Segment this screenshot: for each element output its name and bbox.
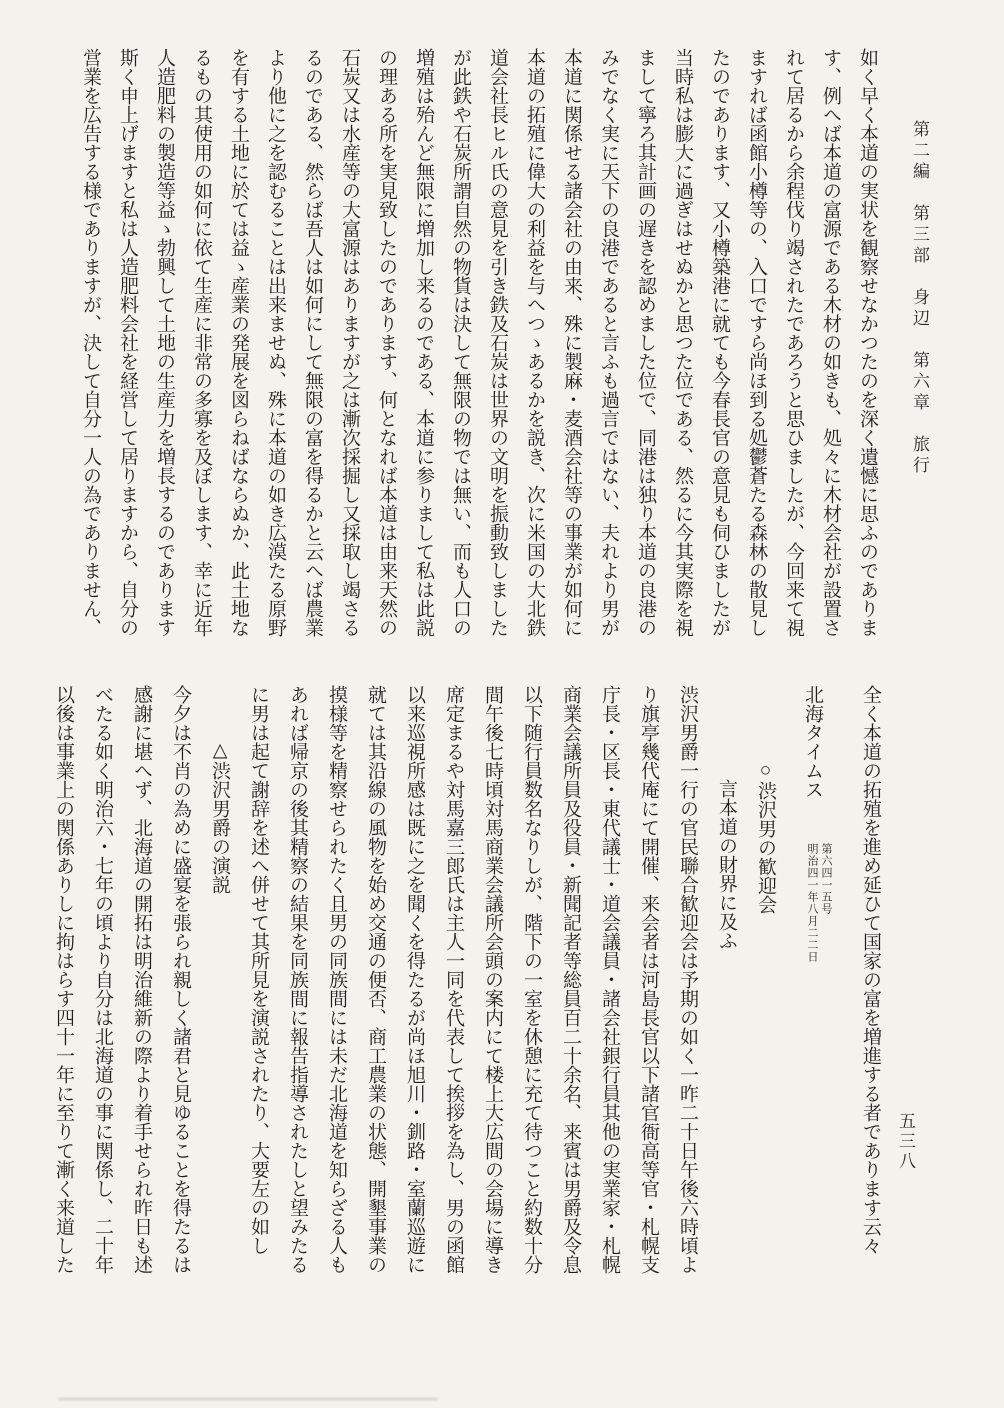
text-column: を有する土地に於ては益ゝ産業の発展を図らねばならぬか、此土地な <box>220 48 257 650</box>
text-column: れて居るから余程伐り竭されたであろうと思ひましたが、今回来て視 <box>775 48 812 650</box>
text-column: 庁長・区長・東代議士・道会議員・諸会社銀行員其他の実業家・札幌 <box>590 685 629 1293</box>
text-column: に男は起て謝辞を述へ併せて其所見を演説されたり、大要左の如し <box>239 685 278 1293</box>
newspaper-headline: 北海タイムス第六四一五号明治四一年八月二二日 <box>793 685 833 1293</box>
text-column: あれば帰京の後其精察の結果を同族間に報告指導されたしと望みたる <box>278 685 317 1293</box>
text-column: 増殖は殆んど無限に増加し来るのである、本道に参りまして私は此説 <box>405 48 442 650</box>
article-title: ○渋沢男の歓迎会 <box>746 685 785 1293</box>
text-column: り旗亭幾代庵にて開催、来会者は河島長官以下諸官衙高等官・札幌支 <box>629 685 668 1293</box>
text-column: 商業会議所員及役員・新聞記者等総員百二十余名、来賓は男爵及令息 <box>551 685 590 1293</box>
speech-heading: △渋沢男爵の演説 <box>200 685 239 1293</box>
running-head: 第二編 第三部 身辺 第六章 旅行 <box>907 120 932 477</box>
text-column: の理ある所を実見致したのであります、何となれば本道は由来天然の <box>368 48 405 650</box>
text-column: 就ては其沿線の風物を始め交通の便否、商工農業の状態、開墾事業の <box>356 685 395 1293</box>
text-column: 営業を広告する様でありますが、決して自分一人の為でありません、 <box>72 48 109 650</box>
text-column: ますれば函館小樽等の、入口ですら尚ほ到る処鬱蒼たる森林の散見し <box>738 48 775 650</box>
newspaper-clipping-block: 全く本道の拓殖を進め延ひて国家の富を増進する者であります云々 北海タイムス第六四… <box>44 685 890 1293</box>
text-column: 石炭又は水産等の大富源はありますが之は漸次採掘し又採取し竭さる <box>331 48 368 650</box>
text-column: 摸様等を精察せられたく且男の同族間には未だ北海道を知らざる人も <box>317 685 356 1293</box>
memoir-closing-column: 全く本道の拓殖を進め延ひて国家の富を増進する者であります云々 <box>851 685 890 1293</box>
book-page: 第二編 第三部 身辺 第六章 旅行 如く早く本道の実状を観察せなかつたのを深く遺… <box>0 0 1004 1408</box>
memoir-text-block: 如く早く本道の実状を観察せなかつたのを深く遺憾に思ふのでありま す、例へば本道の… <box>72 48 886 650</box>
text-column: 以来巡視所感は既に之を聞くを得たるが尚ほ旭川・釧路・室蘭巡遊に <box>395 685 434 1293</box>
text-column: まして寧ろ其計画の遅きを認めました位で、同港は独り本道の良港の <box>627 48 664 650</box>
text-column: るもの其使用の如何に依て生産に非常の多寡を及ぼします、幸に近年 <box>183 48 220 650</box>
text-column: 渋沢男爵一行の官民聯合歓迎会は予期の如く一昨二十日午後六時頃よ <box>668 685 707 1293</box>
text-column: 本道の拓殖に偉大の利益を与へつゝあるかを説き、次に米国の大北鉄 <box>516 48 553 650</box>
text-column: 以後は事業上の関係ありしに拘はらす四十一年に至りて漸く来道した <box>44 685 83 1293</box>
text-column: より他に之を認むることは出来ませぬ、殊に本道の如き広漠たる原野 <box>257 48 294 650</box>
text-column: たのであります、又小樽築港に就ても今春長官の意見も伺ひましたが <box>701 48 738 650</box>
newspaper-issue-number: 第六四一五号 <box>819 843 833 963</box>
text-column: 以下随行員数名なりしが、階下の一室を休憩に充て待つこと約数十分 <box>512 685 551 1293</box>
text-column: 感謝に堪へず、北海道の開拓は明治維新の際より着手せられ昨日も述 <box>122 685 161 1293</box>
text-column: 席定まるや対馬嘉三郎氏は主人一同を代表して挨拶を為し、男の函館 <box>434 685 473 1293</box>
text-column: す、例へば本道の富源である木材の如きも、処々に木材会社が設置さ <box>812 48 849 650</box>
text-column: 今夕は不肖の為めに盛宴を張られ親しく諸君と見ゆることを得たるは <box>161 685 200 1293</box>
text-column: 間午後七時頃対馬商業会議所会頭の案内にて楼上大広間の会場に導き <box>473 685 512 1293</box>
text-column: 道会社長ヒル氏の意見を引き鉄及石炭は世界の文明を振動致しました <box>479 48 516 650</box>
scan-artifact-line <box>58 1398 438 1400</box>
text-column: が此鉄や石炭所謂自然の物貨は決して無限の物では無い、而も人口の <box>442 48 479 650</box>
text-column: べたる如く明治六・七年の頃より自分は北海道の事に関係し、二十年 <box>83 685 122 1293</box>
article-subtitle: 言本道の財界に及ふ <box>707 685 746 1293</box>
newspaper-date: 明治四一年八月二二日 <box>805 843 819 963</box>
text-column: みでなく実に天下の良港であると言ふも過言ではない、夫れより男が <box>590 48 627 650</box>
text-column: 如く早く本道の実状を観察せなかつたのを深く遺憾に思ふのでありま <box>849 48 886 650</box>
newspaper-name: 北海タイムス <box>802 685 823 799</box>
text-column: 当時私は膨大に過ぎはせぬかと思つた位である、然るに今其実際を視 <box>664 48 701 650</box>
text-column: 斯く申上げますと私は人造肥料会社を経営して居りますから、自分の <box>109 48 146 650</box>
newspaper-issue-info: 第六四一五号明治四一年八月二二日 <box>805 843 833 963</box>
text-column: るのである、然らば吾人は如何にして無限の富を得るかと云へば農業 <box>294 48 331 650</box>
page-number: 五三八 <box>893 1112 918 1172</box>
text-column: 本道に関係せる諸会社の由来、殊に製麻・麦酒会社等の事業が如何に <box>553 48 590 650</box>
text-column: 人造肥料の製造等益ゝ勃興して土地の生産力を増長するのであります <box>146 48 183 650</box>
